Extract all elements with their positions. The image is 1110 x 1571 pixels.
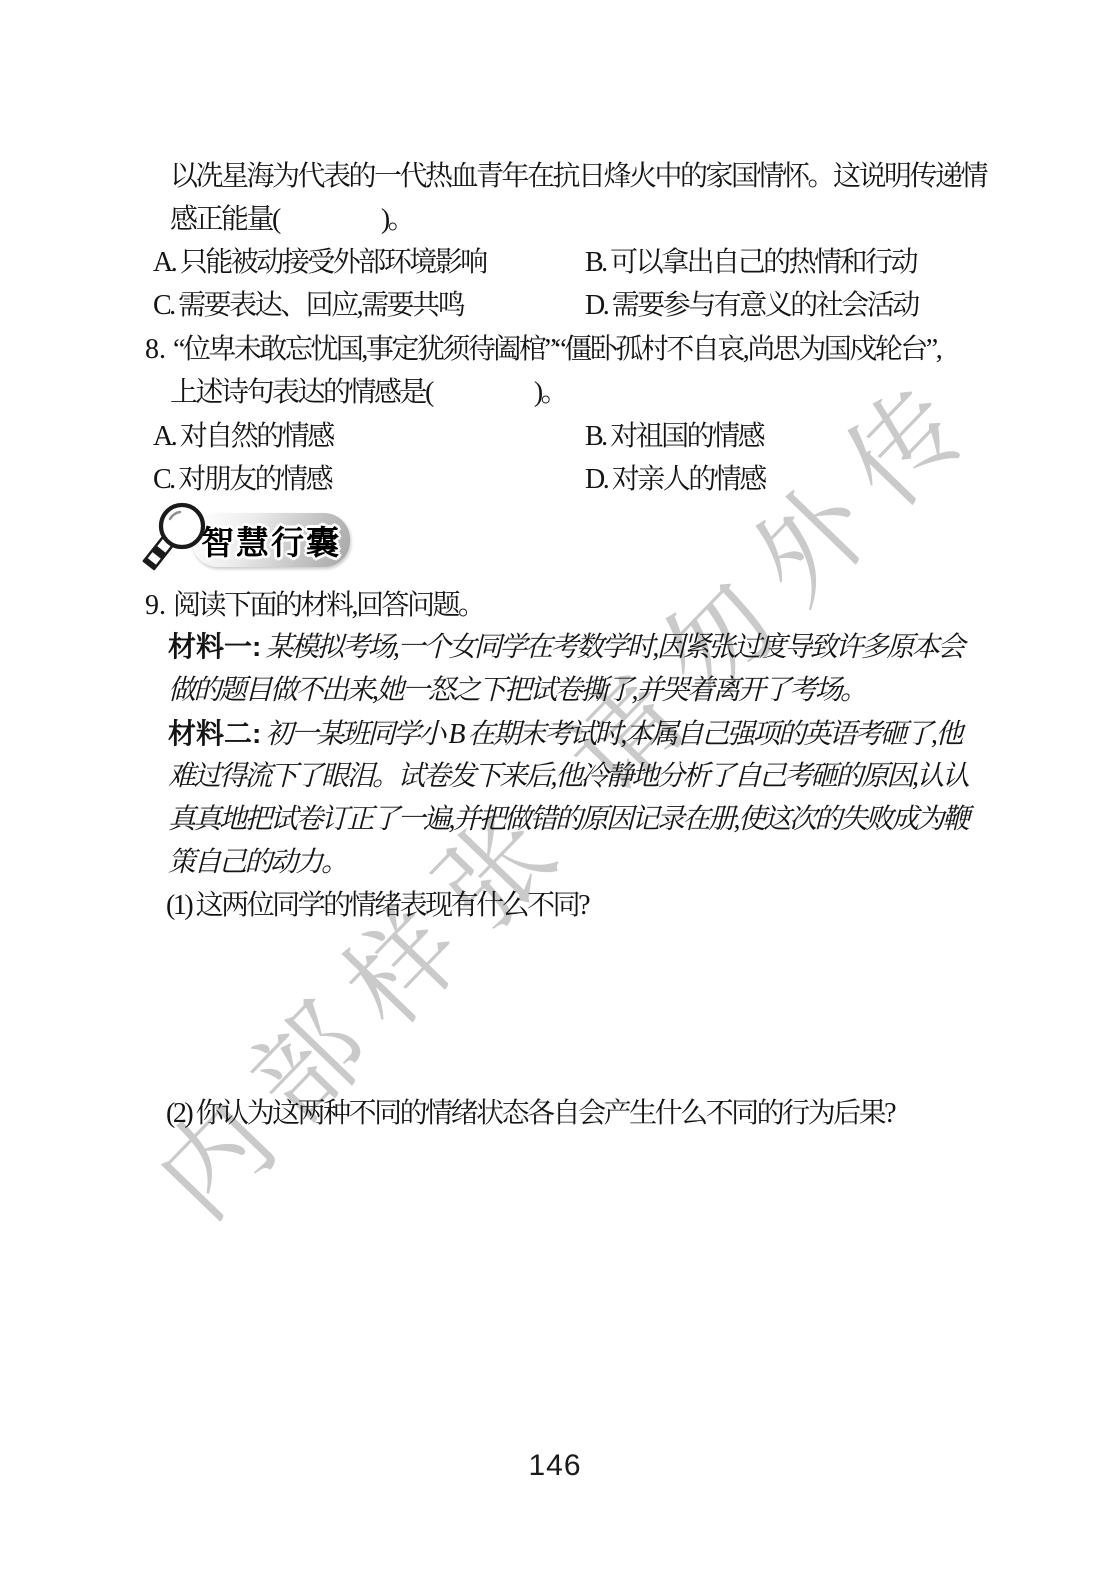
q8-number: 8. — [145, 336, 166, 364]
page-content: 以冼星海为代表的一代热血青年在抗日烽火中的家国情怀。这说明传递情 感正能量( )… — [0, 0, 1110, 1571]
q9-number: 9. — [145, 592, 166, 620]
q9-material2-line-4: 策自己的动力。 — [168, 849, 347, 877]
q7-option-a: A. 只能被动接受外部环境影响 — [153, 249, 486, 277]
magnifier-icon — [140, 495, 220, 587]
material2-label: 材料二: — [168, 718, 261, 749]
page-number: 146 — [0, 1449, 1110, 1483]
material1-text: 某模拟考场,一个女同学在考数学时,因紧张过度导致许多原本会 — [265, 632, 963, 663]
q9-material2-line-2: 难过得流下了眼泪。试卷发下来后,他冷静地分析了自己考砸的原因,认认 — [168, 763, 968, 791]
material1-label: 材料一: — [168, 631, 261, 662]
q8-quote: “位卑未敢忘忧国,事定犹须待阖棺”“僵卧孤村不自哀,尚思为国戍轮台”, — [173, 334, 940, 365]
q8-stem-line-2: 上述诗句表达的情感是( )。 — [170, 379, 566, 407]
q9-stem-line: 9.阅读下面的材料,回答问题。 — [145, 592, 484, 620]
q8-option-a: A. 对自然的情感 — [153, 423, 333, 451]
q9-material1-line-2: 做的题目做不出来,她一怒之下把试卷撕了,并哭着离开了考场。 — [168, 677, 866, 705]
workbook-page: 内部样张 请勿外传 以冼星海为代表的一代热血青年在抗日烽火中的家国情怀。这说明传… — [0, 0, 1110, 1571]
q7-option-b: B. 可以拿出自己的热情和行动 — [585, 249, 916, 277]
q9-subquestion-2: (2) 你认为这两种不同的情绪状态各自会产生什么不同的行为后果? — [166, 1100, 894, 1128]
section-badge: 智慧行囊 — [140, 495, 390, 587]
q7-option-d: D. 需要参与有意义的社会活动 — [585, 292, 918, 320]
q9-material2-line-3: 真真地把试卷订正了一遍,并把做错的原因记录在册,使这次的失败成为鞭 — [168, 806, 968, 834]
q8-option-c: C. 对朋友的情感 — [153, 466, 331, 494]
q7-stem-line-1: 以冼星海为代表的一代热血青年在抗日烽火中的家国情怀。这说明传递情 — [170, 163, 986, 191]
q8-stem-line-1: 8.“位卑未敢忘忧国,事定犹须待阖棺”“僵卧孤村不自哀,尚思为国戍轮台”, — [145, 336, 940, 364]
q8-option-b: B. 对祖国的情感 — [585, 423, 763, 451]
q9-subquestion-1: (1) 这两位同学的情绪表现有什么不同? — [166, 892, 588, 920]
q7-stem-line-2: 感正能量( )。 — [170, 206, 413, 234]
q9-stem: 阅读下面的材料,回答问题。 — [173, 590, 484, 621]
q7-option-c: C. 需要表达、回应,需要共鸣 — [153, 292, 463, 320]
material2-text: 初一某班同学小 B 在期末考试时,本属自己强项的英语考砸了,他 — [265, 719, 961, 750]
q9-material2-line-1: 材料二:初一某班同学小 B 在期末考试时,本属自己强项的英语考砸了,他 — [168, 720, 961, 749]
q9-material1-line-1: 材料一:某模拟考场,一个女同学在考数学时,因紧张过度导致许多原本会 — [168, 633, 963, 662]
q8-option-d: D. 对亲人的情感 — [585, 466, 765, 494]
